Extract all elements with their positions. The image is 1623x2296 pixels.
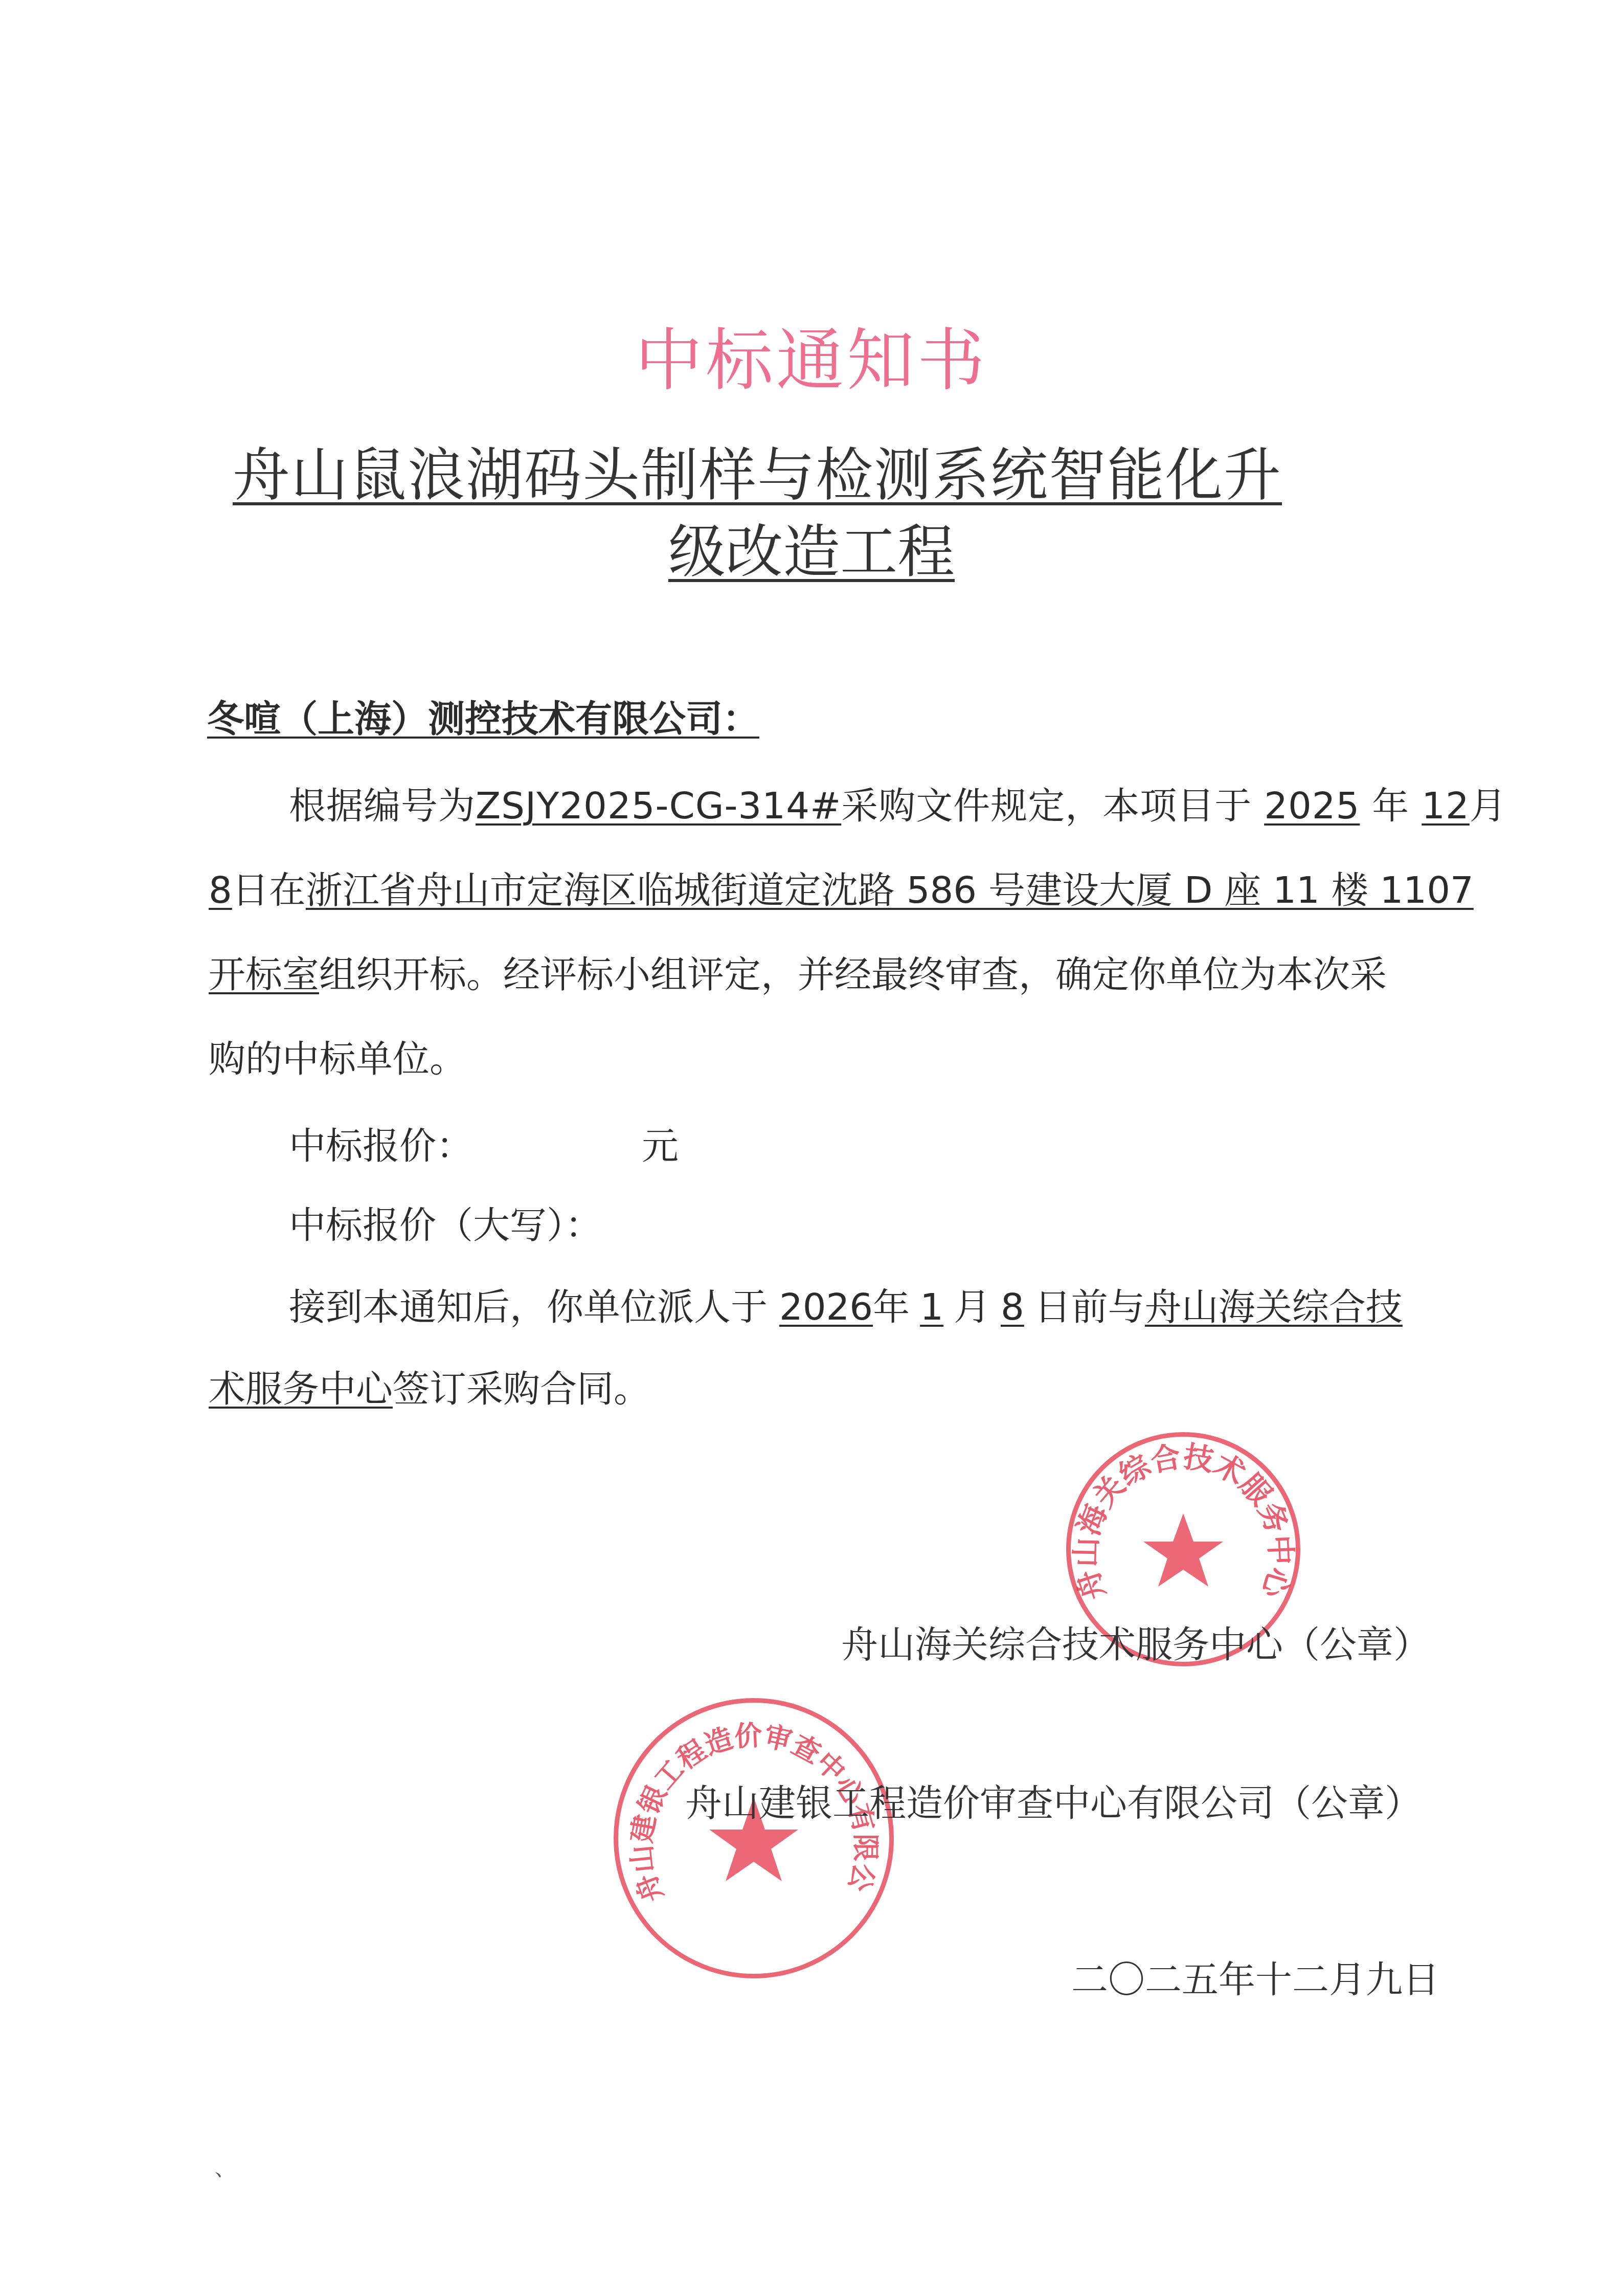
paragraph2-line2: 术服务中心签订采购合同。 [209,1363,650,1414]
p2-line2-rest: 签订采购合同。 [393,1367,650,1410]
paragraph1-line1: 根据编号为ZSJY2025-CG-314#采购文件规定，本项目于 2025 年 … [289,780,1507,831]
project-title-line-1: 舟山鼠浪湖码头制样与检测系统智能化升 [233,440,1282,511]
p1-pre: 根据编号为 [289,784,476,827]
bid-price-label: 中标报价： [289,1124,473,1167]
p1-mid: 采购文件规定，本项目于 [841,784,1252,827]
p2-pre: 接到本通知后，你单位派人于 [289,1285,768,1328]
year-suffix: 年 [1372,784,1409,827]
addressee: 冬喧（上海）测控技术有限公司： [207,693,759,744]
contract-party: 舟山海关综合技 [1145,1285,1403,1328]
procurement-doc-number: ZSJY2025-CG-314# [476,784,841,827]
paragraph1-line2: 8日在浙江省舟山市定海区临城街道定沈路 586 号建设大厦 D 座 11 楼 1… [209,864,1474,916]
contract-month: 1 [910,1285,954,1328]
project-title-line-2-text: 级改造工程 [668,519,955,586]
paragraph1-line4: 购的中标单位。 [209,1033,466,1084]
bid-open-location-end: 开标室 [209,953,319,996]
contract-party-end: 术服务中心 [209,1367,393,1410]
stray-mark: 、 [215,2152,235,2181]
bid-price-upper-row: 中标报价（大写）： [289,1199,602,1251]
stamp-cost-review-graphic: 舟山建银工程造价审查中心有限公司 [618,1703,889,1974]
month-suffix: 月 [1470,784,1507,827]
bid-price-unit: 元 [642,1124,679,1167]
paragraph2-line1: 接到本通知后，你单位派人于 2026年1月8日前与舟山海关综合技 [289,1281,1403,1332]
contract-month-suffix: 月 [954,1285,990,1328]
contract-day-suffix: 日前与 [1034,1285,1145,1328]
agent-signature: 舟山建银工程造价审查中心有限公司（公章） [685,1777,1422,1829]
bid-open-year: 2025 [1264,784,1360,827]
bid-open-day: 8 [209,868,232,911]
issue-date: 二〇二五年十二月九日 [1071,1954,1439,2005]
notice-title: 中标通知书 [0,317,1623,404]
project-title-line-2: 级改造工程 [0,517,1623,588]
contract-year-suffix: 年 [873,1285,910,1328]
p1-line3-rest: 组织开标。经评标小组评定，并经最终审查，确定你单位为本次采 [319,953,1387,996]
star-icon [1143,1513,1223,1587]
bid-price-row: 中标报价：元 [289,1120,679,1171]
issuer-signature: 舟山海关综合技术服务中心（公章） [841,1619,1430,1670]
bid-open-month: 12 [1422,784,1470,827]
contract-day: 8 [990,1285,1034,1328]
stamp-cost-review-company: 舟山建银工程造价审查中心有限公司 [614,1698,894,1978]
bid-open-location: 浙江省舟山市定海区临城街道定沈路 586 号建设大厦 D 座 11 楼 1107 [306,868,1474,911]
paragraph1-line3: 开标室组织开标。经评标小组评定，并经最终审查，确定你单位为本次采 [209,949,1387,1000]
contract-year: 2026 [779,1285,873,1328]
bid-price-upper-label: 中标报价（大写）： [289,1203,602,1246]
day-suffix: 日在 [232,868,306,911]
